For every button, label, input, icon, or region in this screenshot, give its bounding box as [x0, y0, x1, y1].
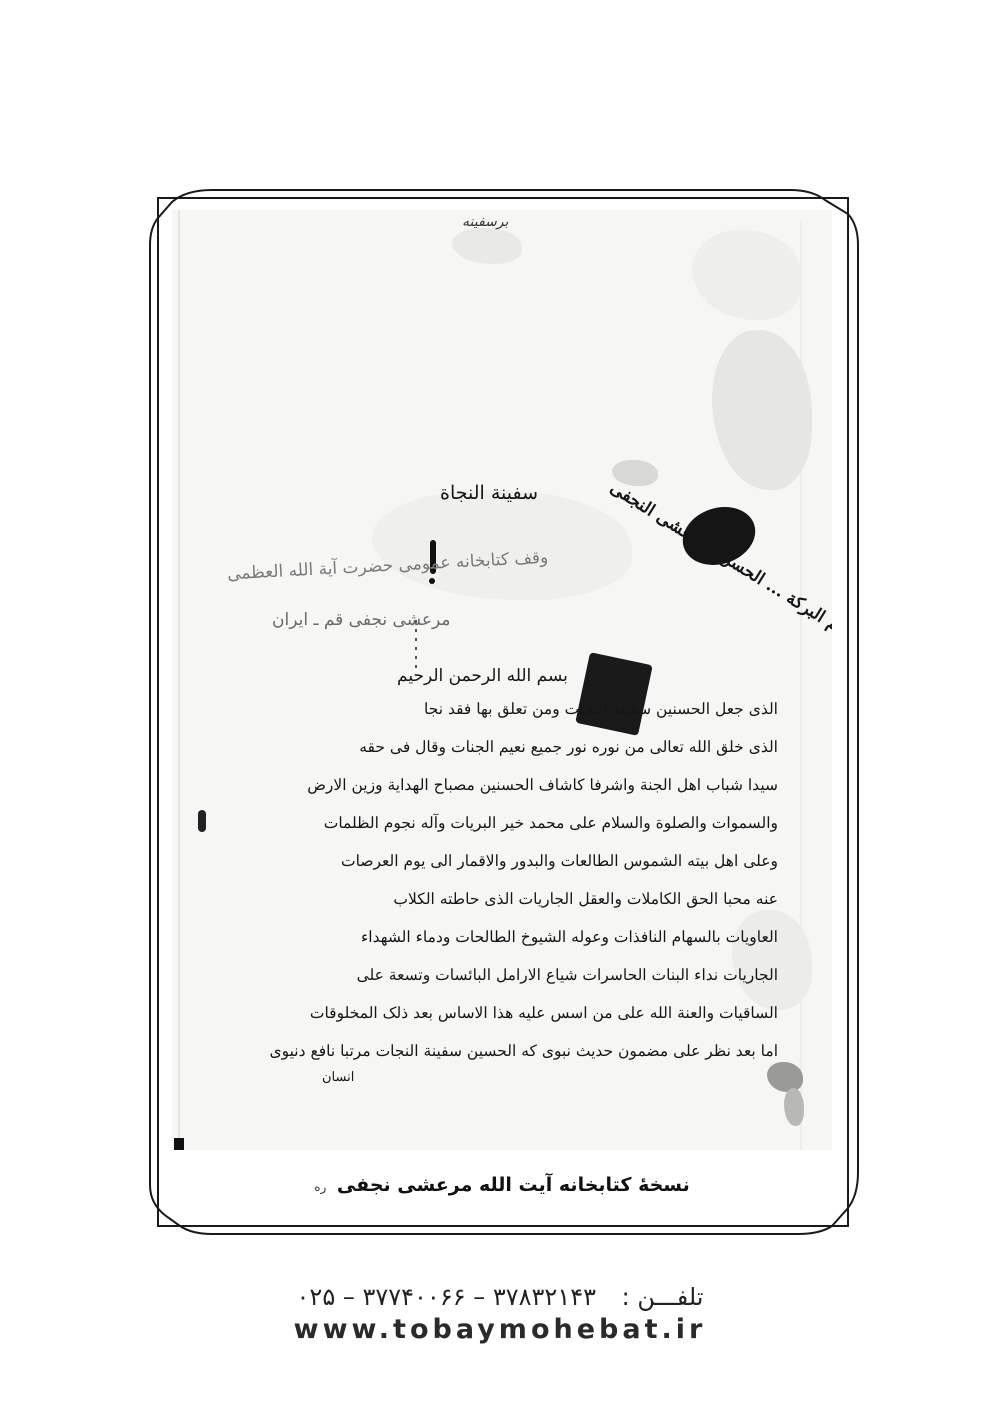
- water-stain: [784, 1088, 804, 1126]
- paper-left-edge: [178, 210, 180, 1158]
- phone-numbers: ۳۷۸۳۲۱۴۳ – ۳۷۷۴۰۰۶۶ – ۰۲۵: [297, 1283, 596, 1311]
- water-stain: [767, 1062, 803, 1092]
- caption-text: نسخهٔ کتابخانه آیت الله مرعشی نجفی: [337, 1174, 690, 1196]
- water-stain: [452, 228, 522, 264]
- dotted-mark: [415, 620, 417, 668]
- corner-ink-mark: [174, 1138, 184, 1150]
- phone-label: تلفـــن :: [622, 1283, 704, 1311]
- footer-phone: تلفـــن : ۳۷۸۳۲۱۴۳ – ۳۷۷۴۰۰۶۶ – ۰۲۵: [0, 1283, 1000, 1311]
- website-link[interactable]: www.tobaymohebat.ir: [0, 1314, 1000, 1345]
- water-stain: [732, 910, 812, 1010]
- honorific-glyph: ره: [314, 1180, 326, 1194]
- catchword: انسان: [322, 1070, 354, 1085]
- manuscript-line: الذی خلق الله تعالی من نوره نور جمیع نعی…: [258, 738, 778, 756]
- manuscript-line: الساقیات والعنة الله علی من اسس علیه هذا…: [258, 1004, 778, 1022]
- square-seal-stamp: [575, 652, 653, 736]
- manuscript-line: اما بعد نظر علی مضمون حدیث نبوی که الحسی…: [258, 1042, 778, 1060]
- manuscript-line: الجاریات نداء البنات الحاسرات شیاع الارا…: [258, 966, 778, 984]
- top-margin-note: برسفینه: [462, 214, 508, 230]
- manuscript-title: سفینة النجاة: [440, 482, 538, 504]
- manuscript-line: الذی جعل الحسنین سفینة النجات ومن تعلق ب…: [258, 700, 778, 718]
- manuscript-line: عنه محبا الحق الکاملات والعقل الجاریات ا…: [258, 890, 778, 908]
- manuscript-line: وعلی اهل بیته الشموس الطالعات والبدور وا…: [258, 852, 778, 870]
- water-stain: [712, 330, 812, 490]
- water-stain: [692, 230, 802, 320]
- scan-bottom-margin: [172, 1150, 832, 1158]
- waqf-stamp-line-2: مرعشی نجفی قم ـ ایران: [272, 610, 451, 630]
- manuscript-scan: برسفینه سفینة النجاة دام البرکة ... الحس…: [172, 210, 832, 1158]
- manuscript-line: سیدا شباب اهل الجنة واشرفا کاشاف الحسنین…: [258, 776, 778, 794]
- paper-right-edge: [800, 220, 802, 1150]
- library-caption: نسخهٔ کتابخانه آیت الله مرعشی نجفی ره: [172, 1174, 832, 1196]
- water-stain: [372, 490, 632, 600]
- ink-blot: [198, 810, 206, 832]
- manuscript-line: والسموات والصلوة والسلام علی محمد خیر ال…: [258, 814, 778, 832]
- manuscript-line: العاویات بالسهام النافذات وعوله الشیوخ ا…: [258, 928, 778, 946]
- ink-dot: [429, 578, 435, 584]
- basmala: بسم الله الرحمن الرحیم: [397, 666, 568, 686]
